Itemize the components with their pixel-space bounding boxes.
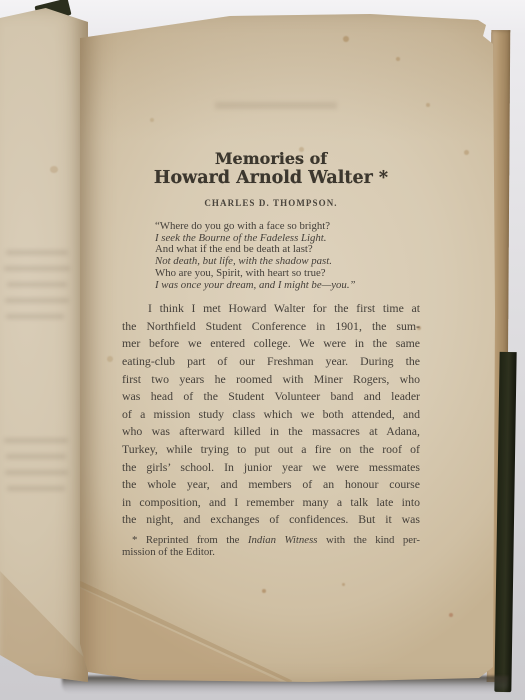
ghost-text	[4, 266, 70, 271]
ghost-text	[6, 454, 66, 459]
body-line: eating-club part of our Freshman year. D…	[122, 353, 420, 371]
ghost-text	[7, 282, 67, 287]
body-line: of a mission study class which we both a…	[122, 406, 420, 424]
ghost-text	[5, 298, 69, 303]
poem-epigraph: “Where do you go with a face so bright?I…	[122, 221, 420, 291]
foxing-spot	[107, 356, 113, 362]
body-line: Turkey, while trying to put out a fire o…	[122, 441, 420, 459]
footnote-italic-title: Indian Witness	[248, 534, 318, 546]
body-text: I think I met Howard Walter for the firs…	[122, 300, 420, 529]
footnote: * Reprinted from the Indian Witness with…	[122, 535, 420, 558]
page-title-line2: Howard Arnold Walter *	[122, 168, 420, 189]
foxing-spot	[449, 613, 453, 617]
body-line: the night, and exchanges of confidences.…	[122, 511, 420, 529]
foxing-spot	[150, 118, 154, 122]
ghost-text	[6, 250, 68, 255]
foxing-spot	[343, 36, 349, 42]
body-line: mer before we entered college. We were i…	[122, 335, 420, 353]
footnote-text: * Reprinted from the	[132, 534, 248, 546]
footnote-text: with the kind per-	[318, 534, 420, 546]
foxing-spot	[396, 57, 400, 61]
ghost-text	[215, 102, 337, 109]
ghost-text	[6, 314, 64, 319]
ghost-text	[4, 438, 68, 443]
author-byline: CHARLES D. THOMPSON.	[122, 198, 420, 208]
poem-line: Who are you, Spirit, with heart so true?	[155, 268, 420, 280]
body-line: the Northfield Student Conference in 190…	[122, 318, 420, 336]
verso-page	[0, 8, 88, 682]
body-line: was head of the Student Volunteer band a…	[122, 388, 420, 406]
ghost-text	[5, 470, 68, 475]
body-line: the whole year, and members of an honour…	[122, 476, 420, 494]
body-line: first two years he roomed with Miner Rog…	[122, 371, 420, 389]
foxing-spot	[50, 166, 58, 173]
recto-page: Memories of Howard Arnold Walter * CHARL…	[80, 12, 500, 684]
foxing-spot	[262, 589, 266, 593]
poem-line: I was once your dream, and I might be—yo…	[155, 280, 420, 292]
water-stain	[0, 536, 88, 682]
printed-page-content: Memories of Howard Arnold Walter * CHARL…	[122, 150, 420, 558]
foxing-spot	[464, 150, 469, 155]
ghost-text	[7, 486, 65, 491]
foxing-spot	[342, 583, 345, 586]
foxing-spot	[426, 103, 430, 107]
poem-line: “Where do you go with a face so bright?	[155, 221, 420, 233]
page-shading	[80, 12, 500, 142]
book-photo: Memories of Howard Arnold Walter * CHARL…	[0, 0, 525, 700]
body-line: in composition, and I remember many a ta…	[122, 494, 420, 512]
body-line: I think I met Howard Walter for the firs…	[122, 300, 420, 318]
footnote-line2: mission of the Editor.	[122, 547, 420, 559]
body-line: the girls’ school. In junior year we wer…	[122, 459, 420, 477]
body-line: who was afterward killed in the massacre…	[122, 423, 420, 441]
footnote-line1: * Reprinted from the Indian Witness with…	[122, 535, 420, 547]
page-title-line1: Memories of	[122, 150, 420, 168]
